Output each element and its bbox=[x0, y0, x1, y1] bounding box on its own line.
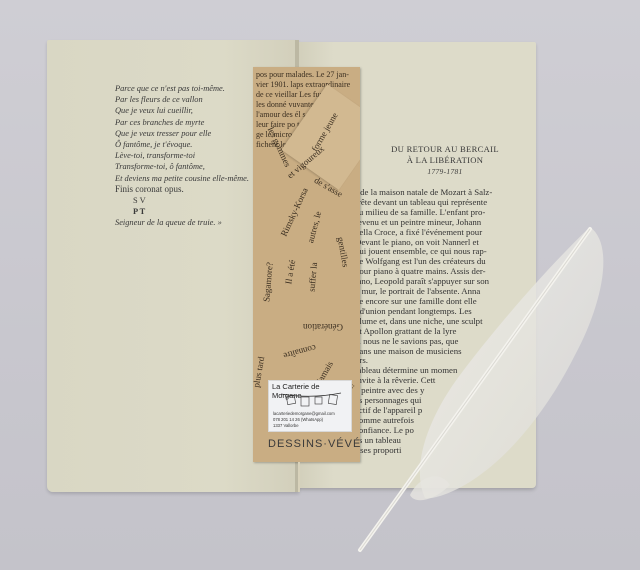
collage-fragment: gentilles bbox=[336, 236, 351, 268]
clothesline-icon bbox=[279, 391, 343, 407]
poem-line: Par ces branches de myrte bbox=[115, 117, 249, 128]
collage-fragment: Il a été bbox=[283, 259, 297, 285]
chapter-title-line-2: À LA LIBÉRATION bbox=[360, 155, 530, 166]
poem-signature-initials-2: P T bbox=[115, 206, 249, 217]
chapter-heading: DU RETOUR AU BERCAIL À LA LIBÉRATION 177… bbox=[360, 144, 530, 177]
body-line: dans une maison de musiciens bbox=[355, 347, 533, 357]
chapter-years: 1779-1781 bbox=[360, 166, 530, 177]
collage-fragment: Rimsky-Korsa bbox=[279, 186, 310, 238]
collage-fragment: suffer la bbox=[307, 262, 320, 292]
bookmark-text-line: vier 1901. laps extraordinaire bbox=[256, 80, 350, 90]
body-line: si nous ne le savions pas, que bbox=[355, 337, 533, 347]
poem-line: Et deviens ma petite cousine elle-même. bbox=[115, 173, 249, 184]
poem-line: Par les fleurs de ce vallon bbox=[115, 94, 249, 105]
card-city: 1337 Vallorbe bbox=[273, 423, 299, 428]
card-phone: 078 201 14 26 (WhatsApp) bbox=[273, 417, 323, 422]
collage-fragment: les gommes bbox=[266, 126, 293, 169]
chapter-title-line-1: DU RETOUR AU BERCAIL bbox=[360, 144, 530, 155]
poem-line: Lève-toi, transforme-toi bbox=[115, 150, 249, 161]
bookmark-text-line: pos pour malades. Le 27 jan- bbox=[256, 70, 350, 80]
poem-sign-off: Seigneur de la queue de truie. » bbox=[115, 217, 249, 228]
card-email: lacarteriedemorgane@gmail.com bbox=[273, 411, 335, 416]
collage-fragment: Sagamore? bbox=[261, 262, 274, 303]
poem-line: Parce que ce n'est pas toi-même. bbox=[115, 83, 249, 94]
artist-stamp: DESSINS·VÉVÉ bbox=[268, 438, 361, 450]
poem-line: Transforme-toi, ô fantôme, bbox=[115, 161, 249, 172]
collage-fragment: connaître bbox=[282, 343, 317, 361]
poem-line: Ô fantôme, je t'évoque. bbox=[115, 139, 249, 150]
business-card-label: La Carterie de Morgane lacarteriedemorga… bbox=[268, 380, 352, 432]
poem-line: Que je veux tresser pour elle bbox=[115, 128, 249, 139]
bookmark-collage: forme jeune et vigoureux de s'asse Rimsk… bbox=[253, 107, 360, 407]
collage-fragment: plus tard bbox=[253, 356, 266, 389]
right-page-body-text: r de la maison natale de Mozart à Salz- … bbox=[355, 188, 533, 455]
collage-fragment: Génération bbox=[303, 322, 343, 332]
poem-signature-initials: S V bbox=[115, 195, 249, 206]
bookmark-stick bbox=[298, 462, 300, 492]
collage-fragment: autres, le bbox=[305, 210, 323, 244]
poem-line: Que je veux lui cueillir, bbox=[115, 105, 249, 116]
body-line: r ses proporti bbox=[355, 446, 533, 456]
poem-text: Parce que ce n'est pas toi-même. Par les… bbox=[115, 83, 249, 229]
poem-closing: Finis coronat opus. bbox=[115, 184, 249, 195]
collage-fragment: de s'asse bbox=[313, 175, 345, 199]
